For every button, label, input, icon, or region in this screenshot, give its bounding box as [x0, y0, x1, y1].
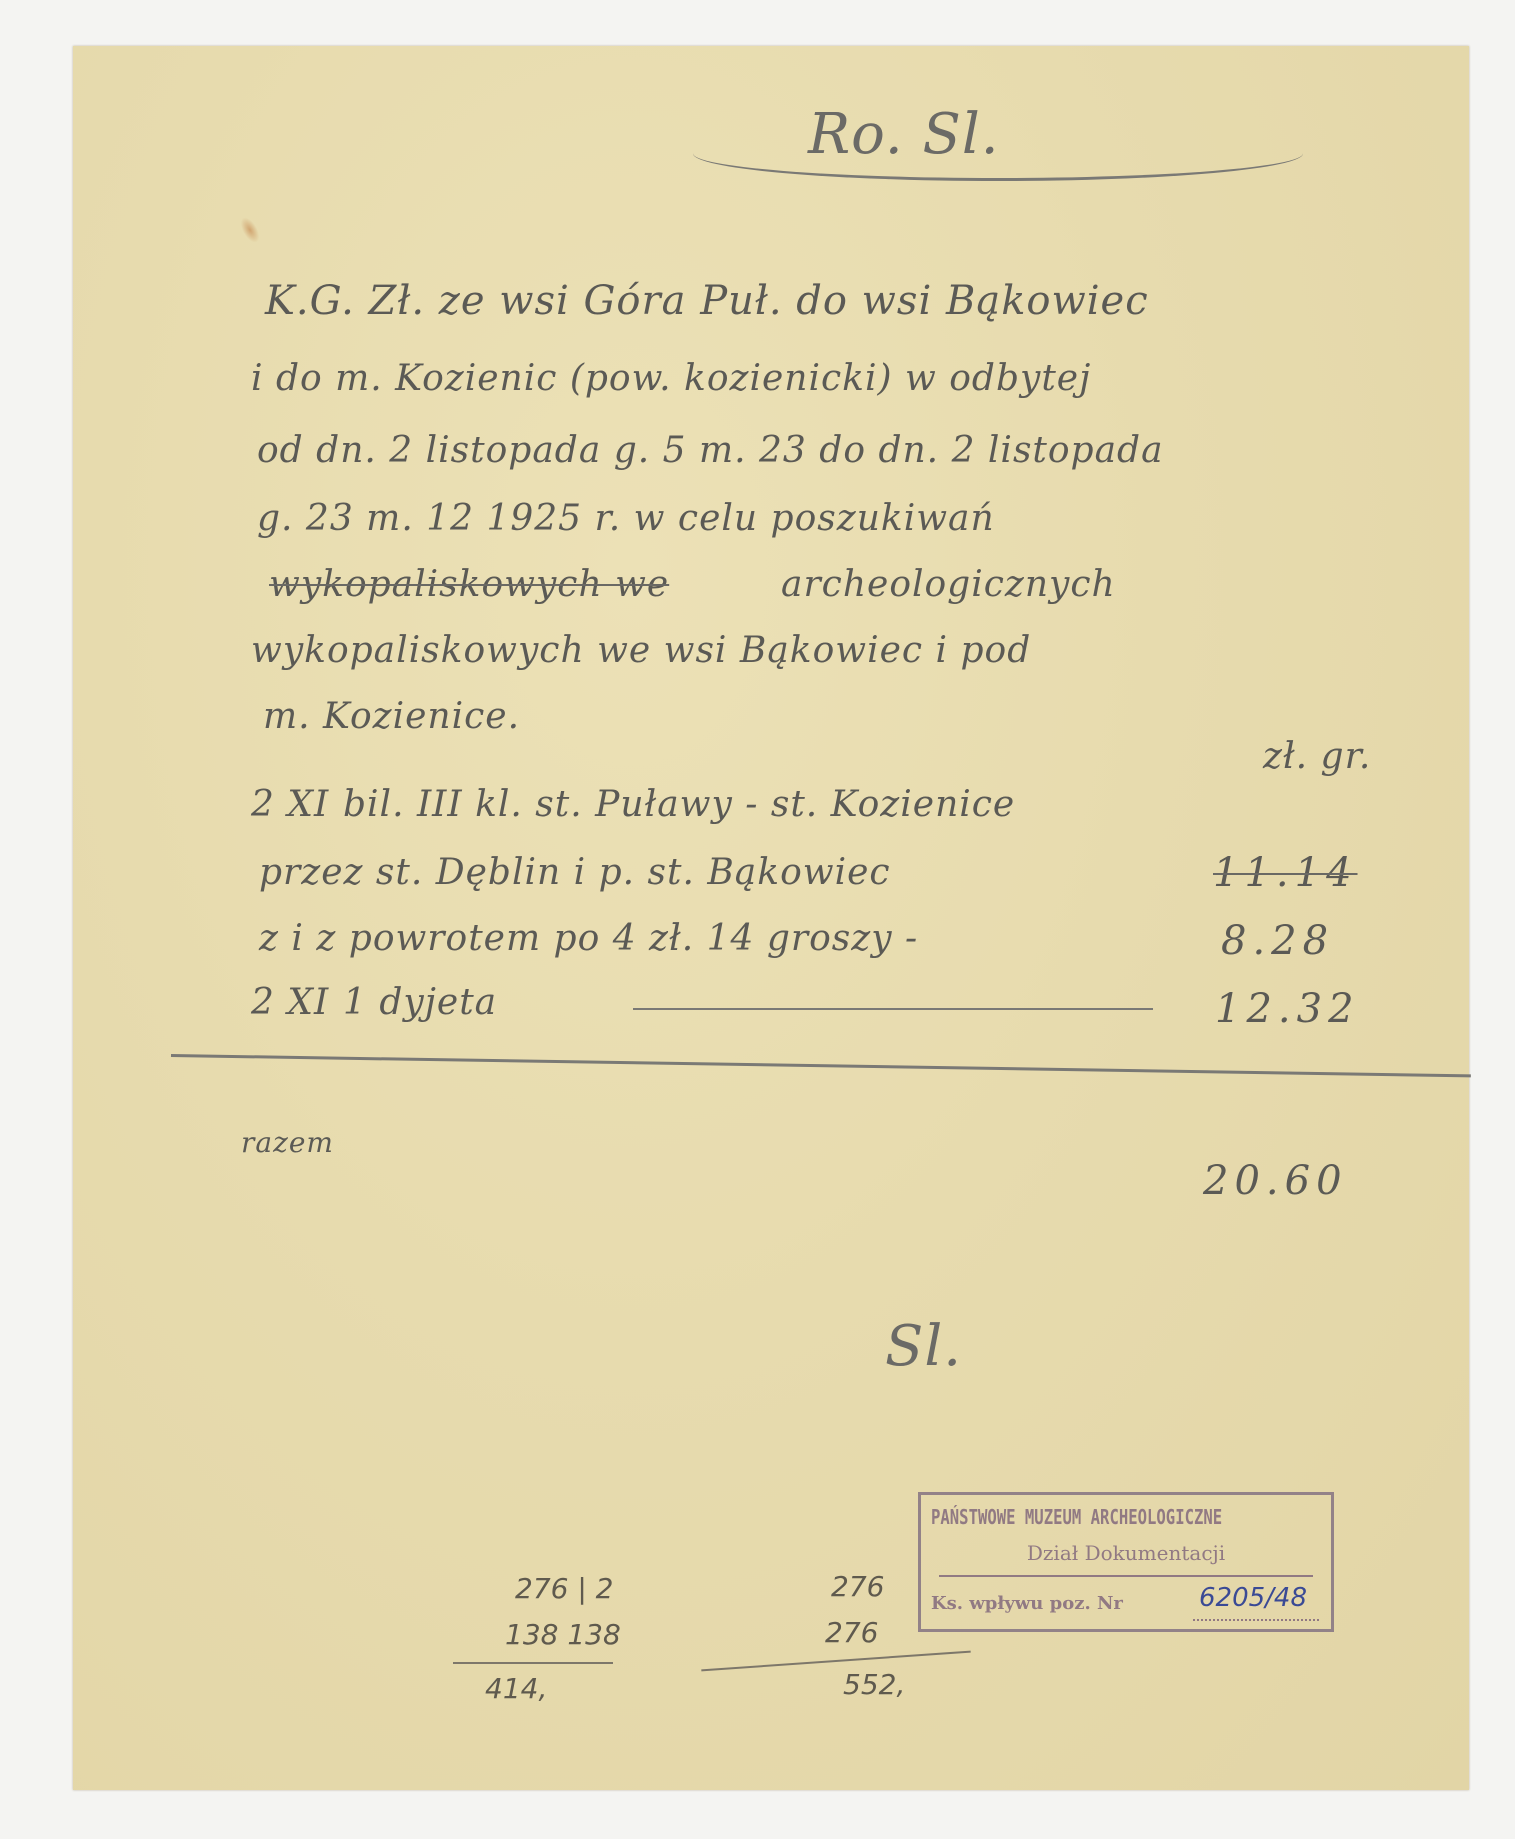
footer-signature: Sl.	[885, 1314, 962, 1379]
total-amount: 20.60	[1203, 1158, 1348, 1204]
body-line-4: g. 23 m. 12 1925 r. w celu poszukiwań	[257, 498, 995, 539]
entry-1-line-3: z i z powrotem po 4 zł. 14 groszy -	[259, 918, 918, 959]
currency-header: zł. gr.	[1263, 736, 1371, 777]
stamp-department: Dział Dokumentacji	[921, 1541, 1331, 1565]
entry-1-line-2: przez st. Dęblin i p. st. Bąkowiec	[259, 852, 891, 893]
stamp-institution: PAŃSTWOWE MUZEUM ARCHEOLOGICZNE	[931, 1505, 1222, 1529]
entry-2-text: 1 dyjeta	[343, 982, 497, 1023]
entry-1-line-1: bil. III kl. st. Puławy - st. Kozienice	[343, 784, 1015, 825]
stamp-register-label: Ks. wpływu poz. Nr	[931, 1593, 1123, 1614]
calc-right-1: 276	[831, 1570, 884, 1603]
entry-1-date: 2 XI	[251, 784, 329, 825]
calc-left-1: 276 | 2	[515, 1572, 614, 1605]
calc-left-result: 414,	[485, 1672, 547, 1705]
body-line-2: i do m. Kozienic (pow. kozienicki) w odb…	[251, 358, 1091, 399]
calc-left-divider	[453, 1662, 613, 1664]
stamp-register-number: 6205/48	[1199, 1583, 1307, 1613]
stamp-separator	[939, 1575, 1313, 1577]
archive-stamp: PAŃSTWOWE MUZEUM ARCHEOLOGICZNE Dział Do…	[918, 1492, 1334, 1632]
body-line-1: K.G. Zł. ze wsi Góra Puł. do wsi Bąkowie…	[265, 278, 1149, 324]
calc-left-2: 138 138	[505, 1618, 621, 1651]
paper-stain	[237, 214, 263, 245]
entry-2-amount: 12.32	[1215, 986, 1360, 1032]
entry-1-amount: 8.28	[1221, 918, 1334, 964]
body-line-7: m. Kozienice.	[263, 696, 520, 737]
entry-1-amount-struck: 11.14	[1213, 850, 1358, 896]
calc-right-result: 552,	[843, 1668, 905, 1701]
stamp-dotted-line	[1193, 1619, 1319, 1621]
total-label: razem	[241, 1126, 334, 1159]
sum-divider	[171, 1054, 1471, 1077]
body-line-6: wykopaliskowych we wsi Bąkowiec i pod	[251, 630, 1031, 671]
body-line-5: archeologicznych	[781, 564, 1116, 605]
calc-right-divider	[701, 1651, 970, 1672]
entry-2-leader-line	[633, 1008, 1153, 1010]
body-line-3: od dn. 2 listopada g. 5 m. 23 do dn. 2 l…	[257, 430, 1164, 471]
entry-2-date: 2 XI	[251, 982, 329, 1023]
body-line-struck: wykopaliskowych we	[269, 564, 669, 605]
calc-right-2: 276	[825, 1616, 878, 1649]
signature-flourish	[693, 126, 1303, 181]
